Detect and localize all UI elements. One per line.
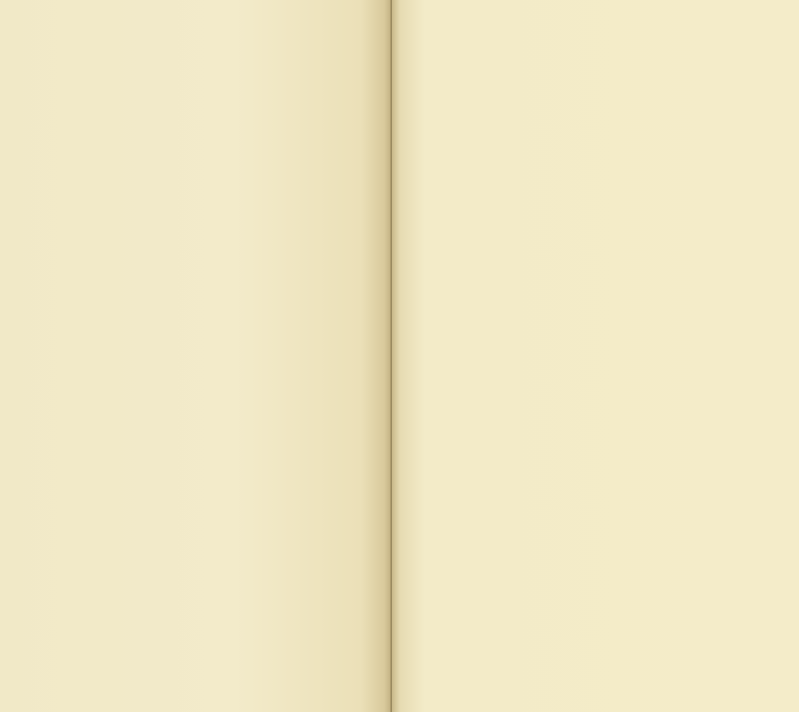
section-8 bbox=[88, 452, 378, 473]
right-page bbox=[392, 0, 799, 712]
section-10 bbox=[408, 152, 698, 173]
section-10-first-line bbox=[408, 152, 698, 173]
section-9 bbox=[408, 48, 698, 69]
left-page bbox=[0, 0, 392, 712]
book-spread bbox=[0, 0, 799, 712]
section-9-first-line bbox=[408, 48, 698, 69]
section-8-first-line bbox=[88, 452, 378, 473]
